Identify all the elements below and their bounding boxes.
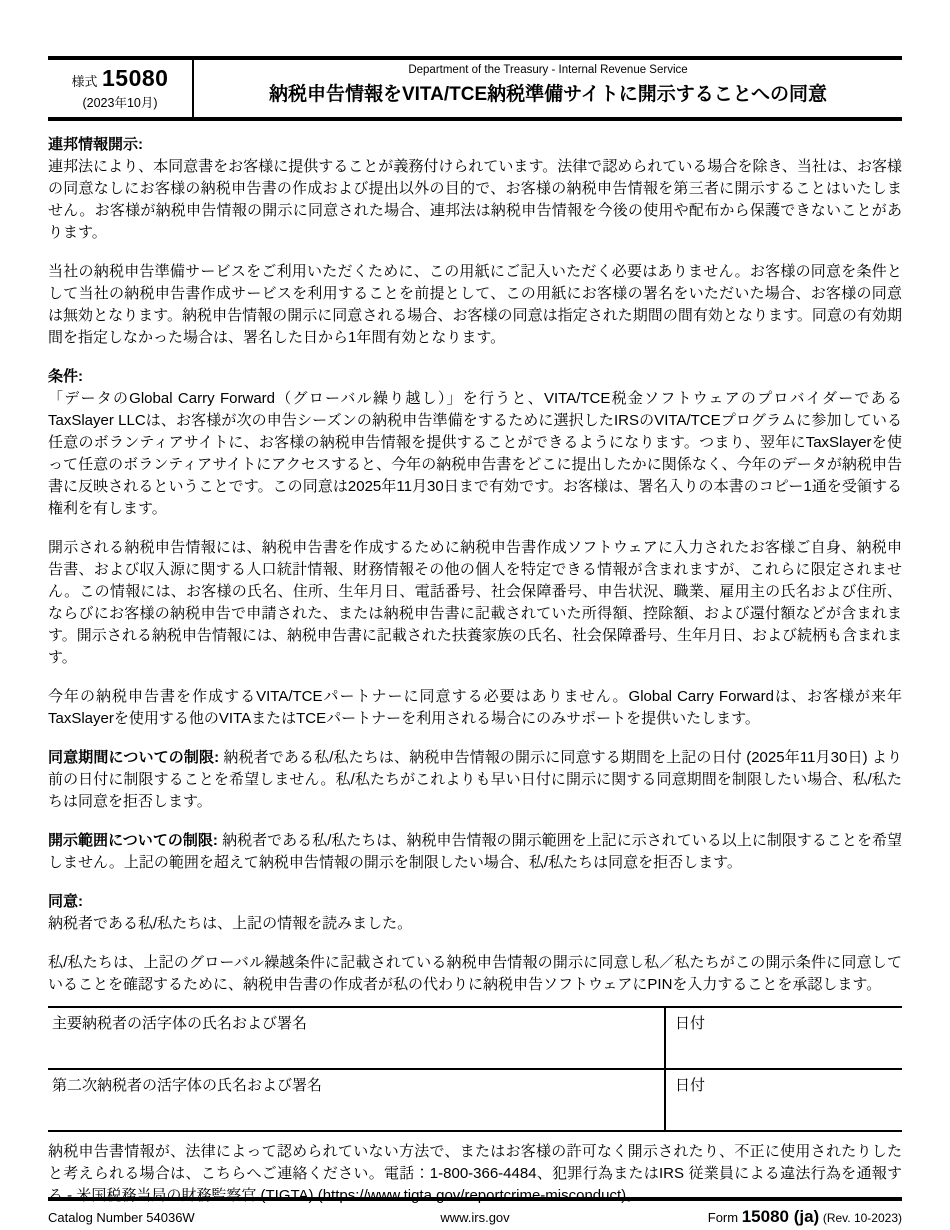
form-title: 納税申告情報をVITA/TCE納税準備サイトに開示することへの同意 xyxy=(200,79,896,106)
header-title-box: Department of the Treasury - Internal Re… xyxy=(194,60,902,117)
signature-table: 主要納税者の活字体の氏名および署名日付第二次納税者の活字体の氏名および署名日付 xyxy=(48,1006,902,1132)
signature-name-label: 第二次納税者の活字体の氏名および署名 xyxy=(52,1077,322,1094)
paragraph: 納税者である私/私たちは、上記の情報を読みました。 xyxy=(48,913,902,935)
form-number-line: 様式 15080 xyxy=(50,65,190,92)
signature-date-label: 日付 xyxy=(675,1015,705,1032)
form-number-box: 様式 15080 (2023年10月) xyxy=(48,60,194,117)
paragraph: 私/私たちは、上記のグローバル繰越条件に記載されている納税申告情報の開示に同意し… xyxy=(48,952,902,996)
agency-line: Department of the Treasury - Internal Re… xyxy=(200,64,896,76)
signature-date-field[interactable]: 日付 xyxy=(665,1069,902,1131)
paragraph: 当社の納税申告準備サービスをご利用いただくために、この用紙にご記入いただく必要は… xyxy=(48,261,902,349)
irs-website: www.irs.gov xyxy=(440,1210,509,1225)
footer-form-id: Form 15080 (ja) (Rev. 10-2023) xyxy=(510,1207,902,1227)
footer-revision: (Rev. 10-2023) xyxy=(823,1211,902,1225)
paragraph: 同意期間についての制限: 納税者である私/私たちは、納税申告情報の開示に同意する… xyxy=(48,747,902,813)
form-revision-date: (2023年10月) xyxy=(50,93,190,111)
form-page: 様式 15080 (2023年10月) Department of the Tr… xyxy=(0,0,950,1230)
signature-table-body: 主要納税者の活字体の氏名および署名日付第二次納税者の活字体の氏名および署名日付 xyxy=(48,1007,902,1131)
signature-date-label: 日付 xyxy=(675,1077,705,1094)
catalog-number: Catalog Number 54036W xyxy=(48,1210,440,1225)
section-heading: 同意: xyxy=(48,891,902,913)
footer-form-prefix: Form xyxy=(708,1210,738,1225)
signature-date-field[interactable]: 日付 xyxy=(665,1007,902,1069)
section-heading: 条件: xyxy=(48,366,902,388)
inline-section-label: 同意期間についての制限: xyxy=(48,749,219,766)
footer-bar: Catalog Number 54036W www.irs.gov Form 1… xyxy=(48,1197,902,1227)
signature-row: 主要納税者の活字体の氏名および署名日付 xyxy=(48,1007,902,1069)
paragraph: 開示される納税申告情報には、納税申告書を作成するために納税申告書作成ソフトウェア… xyxy=(48,537,902,669)
form-body: 連邦情報開示:連邦法により、本同意書をお客様に提供することが義務付けられています… xyxy=(48,134,902,996)
paragraph: 今年の納税申告書を作成するVITA/TCEパートナーに同意する必要はありません。… xyxy=(48,686,902,730)
section-heading: 連邦情報開示: xyxy=(48,134,902,156)
form-number: 15080 xyxy=(102,65,168,91)
form-kind-label: 様式 xyxy=(72,74,98,89)
form-header: 様式 15080 (2023年10月) Department of the Tr… xyxy=(48,56,902,121)
paragraph: 開示範囲についての制限: 納税者である私/私たちは、納税申告情報の開示範囲を上記… xyxy=(48,830,902,874)
signature-name-label: 主要納税者の活字体の氏名および署名 xyxy=(52,1015,307,1032)
paragraph: 「データのGlobal Carry Forward（グローバル繰り越し）」を行う… xyxy=(48,388,902,520)
signature-row: 第二次納税者の活字体の氏名および署名日付 xyxy=(48,1069,902,1131)
contact-phone: 1-800-366-4484 xyxy=(430,1165,537,1182)
inline-section-label: 開示範囲についての制限: xyxy=(48,832,218,849)
signature-name-field[interactable]: 第二次納税者の活字体の氏名および署名 xyxy=(48,1069,665,1131)
signature-name-field[interactable]: 主要納税者の活字体の氏名および署名 xyxy=(48,1007,665,1069)
paragraph: 連邦法により、本同意書をお客様に提供することが義務付けられています。法律で認めら… xyxy=(48,156,902,244)
footer-form-number: 15080 (ja) xyxy=(742,1207,820,1226)
